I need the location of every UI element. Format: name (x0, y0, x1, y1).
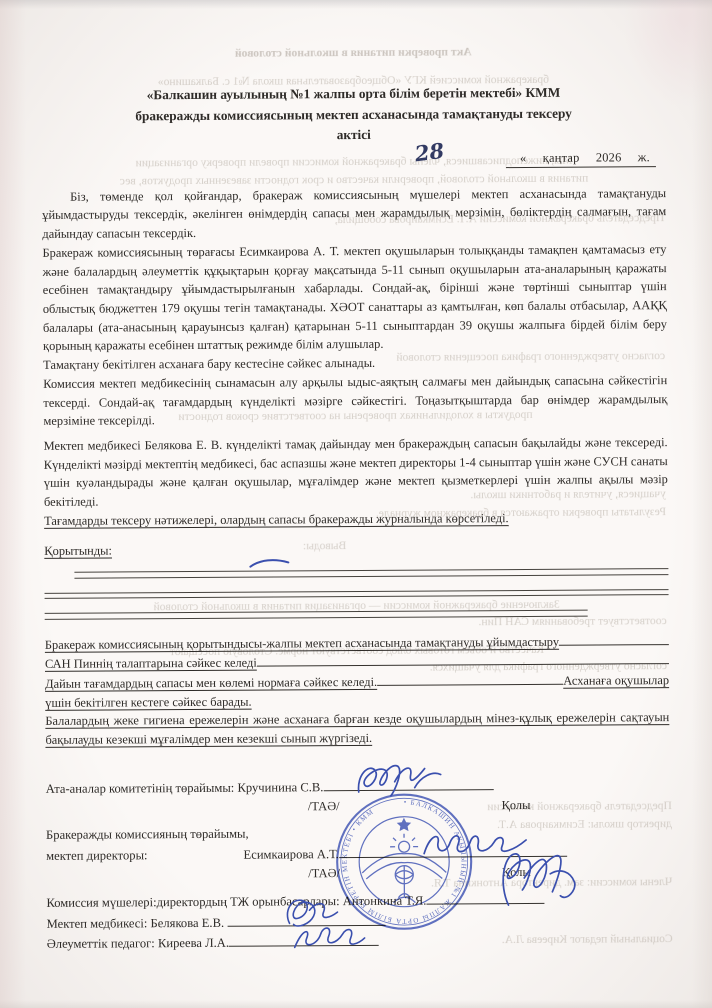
blank-underline (257, 650, 669, 667)
signature-row-2-label: мектеп директоры: (46, 846, 147, 866)
date-line: 28 « қаңтар 2026 ж. (42, 148, 666, 173)
handwritten-day: 28 (414, 142, 445, 164)
signature-stroke-kruchinina (355, 759, 447, 806)
document-title: «Балкашин ауылының №1 жалпы орта білім б… (41, 82, 665, 148)
ruled-blank-line (74, 568, 668, 578)
paragraph-chairperson: Бракераж комиссиясының төрағасы Есимкаир… (42, 240, 667, 356)
signature-row-4-label: Мектеп медбикесі: (47, 914, 148, 934)
signature-caption: Қолы (502, 796, 531, 814)
signature-stroke-antonkina (494, 847, 582, 912)
signature-row-1-name: Кручинина С.В. (237, 778, 323, 798)
ruled-blank-line (45, 610, 588, 620)
paragraph-inspection: Комиссия мектеп медбикесінің сынамасын а… (43, 371, 667, 431)
blank-underline (377, 671, 563, 686)
signature-row-5-name: Киреева Л.А. (158, 934, 229, 954)
signature-row-1-label: Ата-аналар комитетінің төрайымы: (46, 779, 235, 800)
title-line-3: актісі (42, 123, 666, 147)
spacer (148, 859, 244, 860)
signature-row-4-name: Белякова Е.В. (150, 914, 224, 934)
signature-row-2-name: Есимкаирова А.Т. (243, 845, 338, 865)
conclusion-line-2-text: САН Пиннің талаптарына сәйкес келеді (45, 654, 257, 674)
paragraph-results-underlined: Тағамдарды тексеру нәтижелері, олардың с… (44, 508, 668, 531)
pen-mark (248, 556, 290, 570)
paragraph-nurse: Мектеп медбикесі Белякова Е. В. күнделік… (44, 433, 668, 512)
conclusion-line-3-left: Дайын тағамдардың сапасы мен көлемі норм… (45, 673, 377, 694)
conclusion-label: Қорытынды: (44, 539, 668, 562)
paragraph-intro: Біз, төменде қол қойғандар, бракераж ком… (42, 184, 666, 244)
scanned-document: Акт проверки питания в школьной столовой… (0, 0, 712, 1008)
conclusion-line-3-right: Асханаға оқушылар (563, 671, 669, 690)
document-page: Акт проверки питания в школьной столовой… (0, 0, 712, 1008)
conclusion-line-5: Балалардың жеке гигиена ережелерін және … (45, 709, 669, 750)
conclusion-line-3: Дайын тағамдардың сапасы мен көлемі норм… (45, 670, 669, 694)
ruled-blank-line (45, 589, 669, 599)
signature-row-5-label: Әлеуметтік педагог: (47, 935, 155, 955)
signature-stroke-kireeva (291, 919, 369, 957)
blank-underline (559, 631, 669, 646)
date-typed-text: « қаңтар 2026 ж. (506, 150, 656, 168)
